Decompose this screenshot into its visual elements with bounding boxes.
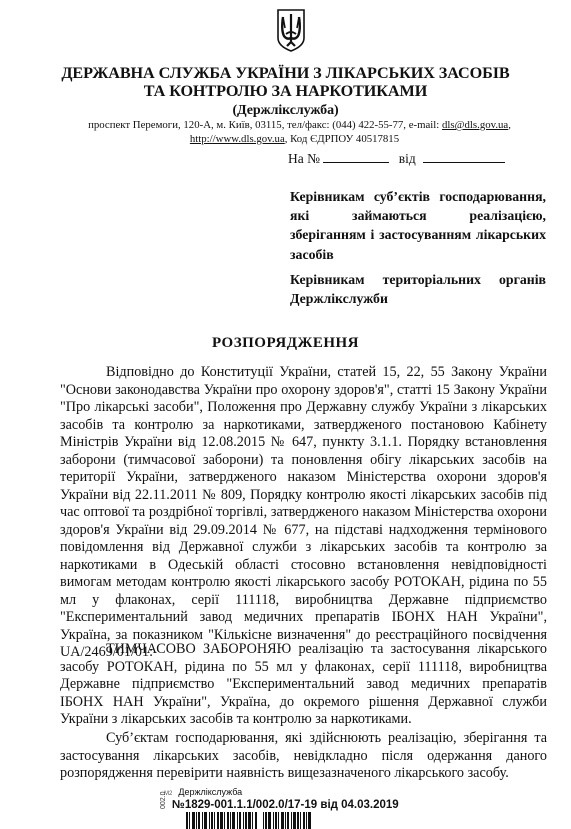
- edrpou-code: , Код ЄДРПОУ 40517815: [285, 133, 399, 145]
- stamp-vertical-code: 002.0: [160, 791, 167, 809]
- organization-name-line2: ТА КОНТРОЛЮ ЗА НАРКОТИКАМИ: [0, 82, 571, 101]
- document-body-paragraph-1: Відповідно до Конституції України, стате…: [60, 364, 547, 662]
- reference-line: На № від: [288, 150, 505, 167]
- document-title: РОЗПОРЯДЖЕННЯ: [0, 335, 571, 352]
- document-body-paragraph-2: ТИМЧАСОВО ЗАБОРОНЯЮ реалізацію та застос…: [60, 641, 547, 729]
- website-link[interactable]: http://www.dls.gov.ua: [190, 133, 285, 145]
- email-link[interactable]: dls@dls.gov.ua: [442, 119, 508, 131]
- reference-date-blank: [423, 150, 505, 163]
- registration-stamp: M2Держлікслужба №1829-001.1.1/002.0/17-1…: [164, 787, 399, 811]
- document-body-paragraph-3: Суб’єктам господарювання, які здійснюють…: [60, 730, 547, 783]
- reference-number-label: На №: [288, 151, 320, 166]
- trident-coat-of-arms-icon: [276, 8, 306, 52]
- reference-number-blank: [323, 150, 389, 163]
- registration-number: №1829-001.1.1/002.0/17-19 від 04.03.2019: [172, 799, 399, 811]
- barcode-icon: [186, 812, 311, 829]
- organization-address: проспект Перемоги, 120-А, м. Київ, 03115…: [0, 118, 571, 132]
- address-text: проспект Перемоги, 120-А, м. Київ, 03115…: [88, 119, 442, 131]
- addressee-business-entities: Керівникам суб’єктів господарювання, які…: [290, 187, 546, 264]
- organization-name-line1: ДЕРЖАВНА СЛУЖБА УКРАЇНИ З ЛІКАРСЬКИХ ЗАС…: [0, 64, 571, 83]
- reference-date-label: від: [399, 151, 416, 166]
- organization-contacts: http://www.dls.gov.ua, Код ЄДРПОУ 405178…: [0, 132, 571, 146]
- stamp-agency: Держлікслужба: [178, 787, 242, 797]
- addressee-territorial-bodies: Керівникам територіальних органів Держлі…: [290, 270, 546, 308]
